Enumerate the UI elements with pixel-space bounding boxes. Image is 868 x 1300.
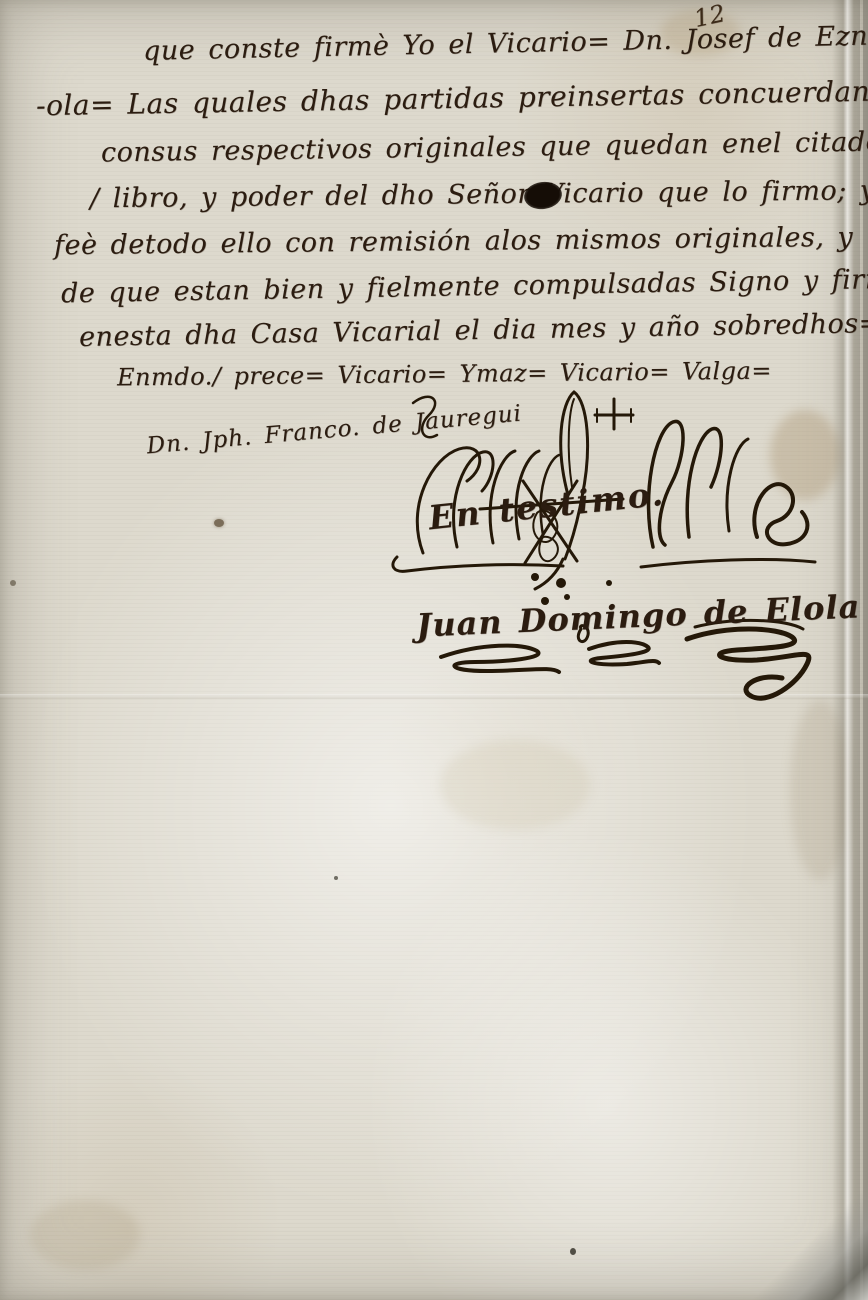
- ink-spot: [214, 519, 224, 527]
- manuscript-line-1: que conste firmè Yo el Vicario= Dn. Jose…: [143, 20, 868, 67]
- manuscript-page: 12 que conste firmè Yo el Vicario= Dn. J…: [0, 0, 868, 1300]
- flourish-curl: [413, 397, 437, 437]
- signature-underlines: [393, 557, 815, 588]
- secondary-signature: [649, 421, 808, 547]
- curled-corner: [748, 1160, 868, 1300]
- paper-stain: [30, 1200, 140, 1270]
- manuscript-line-5: feè detodo ello con remisión alos mismos…: [54, 222, 853, 261]
- manuscript-line-3: consus respectivos originales que quedan…: [101, 127, 868, 169]
- ink-spot: [334, 876, 338, 880]
- paper-stain: [440, 740, 590, 830]
- manuscript-line-6: de que estan bien y fielmente compulsada…: [61, 264, 868, 310]
- manuscript-line-4: / libro, y poder del dho Señor Vicario q…: [90, 175, 868, 215]
- manuscript-line-2: -ola= Las quales dhas partidas preinsert…: [36, 75, 868, 123]
- ink-spot: [10, 580, 16, 586]
- manuscript-line-7: enesta dha Casa Vicarial el dia mes y añ…: [79, 308, 868, 353]
- ink-spot: [570, 1248, 576, 1255]
- signature-flourishes: [385, 385, 845, 725]
